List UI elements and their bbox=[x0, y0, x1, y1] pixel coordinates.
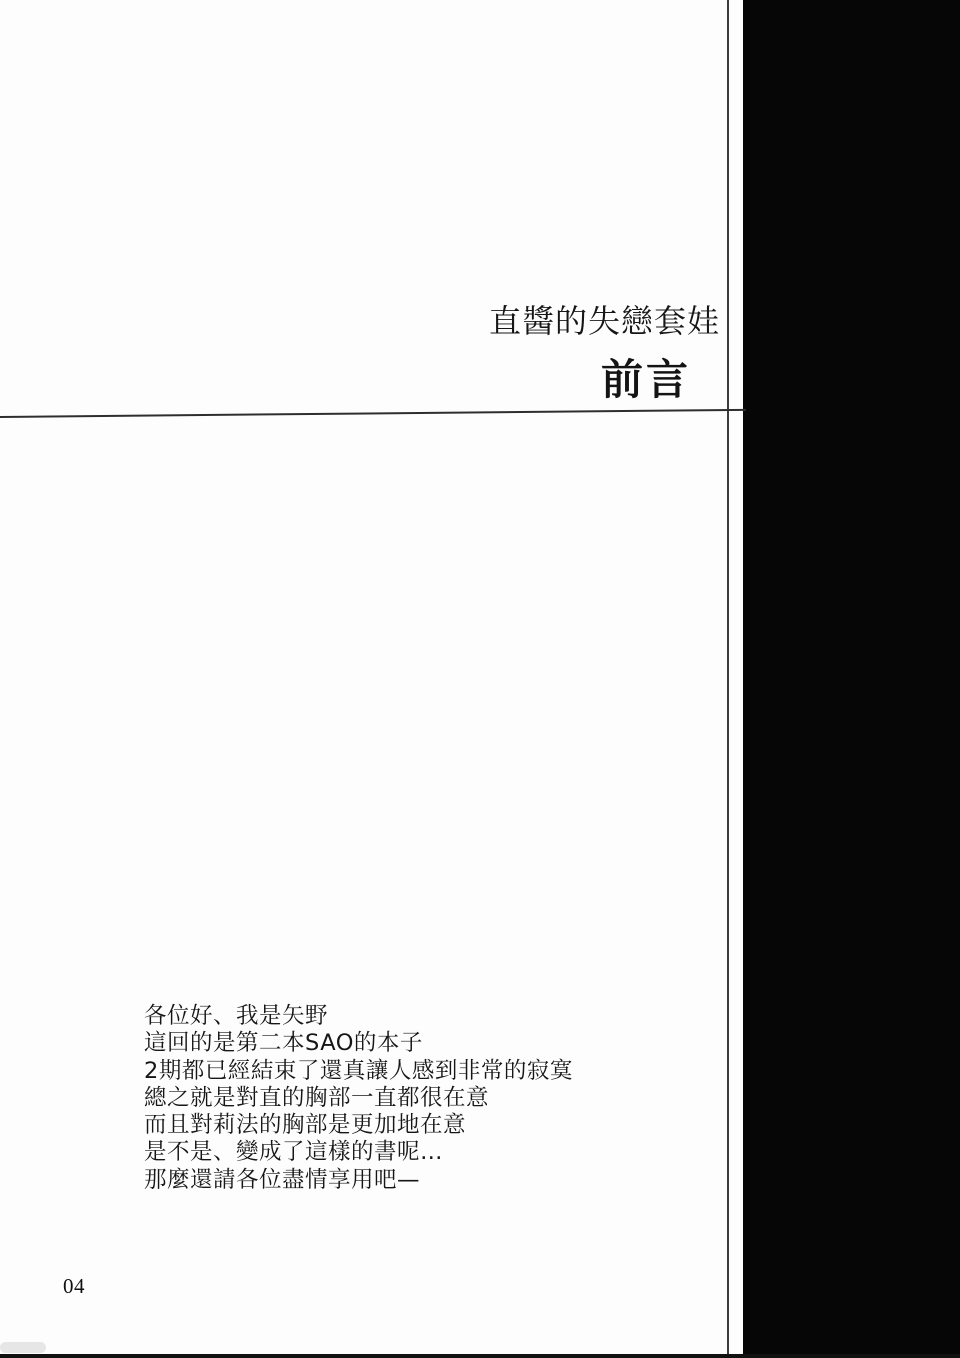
page-number: 04 bbox=[63, 1274, 85, 1299]
preface-heading: 前言 bbox=[601, 347, 691, 407]
scanned-preface-page: 直醬的失戀套娃 前言 各位好、我是矢野 這回的是第二本SAO的本子 2期都已經結… bbox=[0, 0, 960, 1358]
page-edge-line bbox=[727, 0, 729, 1358]
preface-line: 那麼還請各位盡情享用吧— bbox=[144, 1167, 573, 1194]
book-title: 直醬的失戀套娃 bbox=[489, 296, 720, 342]
preface-line: 總之就是對直的胸部一直都很在意 bbox=[144, 1085, 573, 1112]
preface-line: 各位好、我是矢野 bbox=[144, 1003, 573, 1030]
bottom-edge-bar bbox=[0, 1354, 960, 1358]
divider-line bbox=[0, 409, 746, 418]
scan-smudge bbox=[0, 1342, 46, 1353]
preface-text: 各位好、我是矢野 這回的是第二本SAO的本子 2期都已經結束了還真讓人感到非常的… bbox=[144, 1003, 573, 1194]
right-black-bar bbox=[743, 0, 960, 1358]
preface-line: 是不是、變成了這樣的書呢… bbox=[144, 1139, 573, 1166]
preface-line: 而且對莉法的胸部是更加地在意 bbox=[144, 1112, 573, 1139]
preface-line: 2期都已經結束了還真讓人感到非常的寂寞 bbox=[144, 1058, 573, 1085]
preface-line: 這回的是第二本SAO的本子 bbox=[144, 1030, 573, 1057]
